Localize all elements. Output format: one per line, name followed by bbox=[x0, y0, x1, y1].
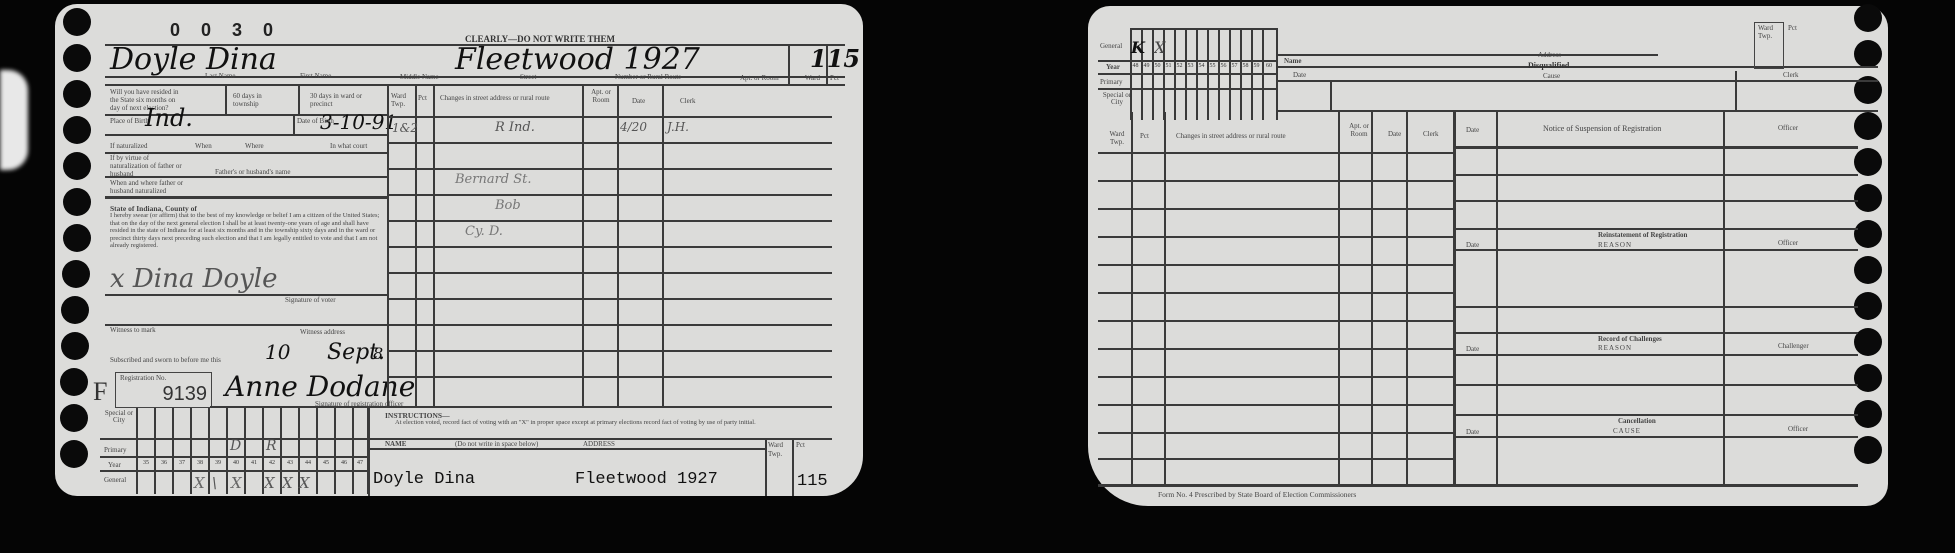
oath-text: I hereby swear (or affirm) that to the b… bbox=[110, 212, 382, 250]
th-ward: Ward Twp. bbox=[391, 92, 415, 108]
th-date: Date bbox=[632, 97, 645, 105]
label-pct: Pct bbox=[830, 74, 839, 82]
primary-mark: R bbox=[266, 438, 277, 454]
year-cell: 53 bbox=[1185, 63, 1196, 69]
label-where: Where bbox=[245, 142, 264, 150]
punch-hole bbox=[1854, 328, 1882, 356]
footer-label-address: ADDRESS bbox=[583, 440, 615, 448]
label-pct: Pct bbox=[1788, 24, 1797, 32]
row-label-primary: Primary bbox=[104, 446, 127, 454]
year-cell: 40 bbox=[228, 460, 244, 466]
row-label-special: Special or City bbox=[104, 410, 134, 424]
punch-hole bbox=[63, 44, 91, 72]
footer-label-ward: Ward Twp. bbox=[768, 441, 790, 459]
th-date: Date bbox=[1388, 130, 1401, 138]
margin-letter: F bbox=[93, 377, 107, 407]
label-middle-name: Middle Name bbox=[400, 73, 439, 81]
year-cell: 45 bbox=[318, 460, 334, 466]
voting-record-grid-back: General Year Primary Special or City 48 … bbox=[1098, 28, 1278, 120]
th-changes: Changes in street address or rural route bbox=[1176, 132, 1286, 140]
voting-record-grid: Special or City Primary Year General 35 … bbox=[100, 408, 367, 494]
label-clerk: Clerk bbox=[1783, 71, 1799, 79]
year-cell: 49 bbox=[1141, 63, 1152, 69]
change-address-2: Bernard St. bbox=[455, 172, 532, 187]
label-witness-address: Witness address bbox=[300, 328, 345, 336]
year-cell: 43 bbox=[282, 460, 298, 466]
year-cell: 47 bbox=[353, 460, 367, 466]
punch-hole bbox=[60, 440, 88, 468]
punch-hole bbox=[62, 260, 90, 288]
th-apt: Apt. or Room bbox=[1346, 122, 1372, 138]
label-when: When bbox=[195, 142, 212, 150]
th-pct: Pct bbox=[418, 94, 427, 102]
th-challenge-reason: REASON bbox=[1598, 344, 1632, 352]
row-label-year: Year bbox=[108, 461, 121, 469]
th-clerk: Clerk bbox=[680, 97, 696, 105]
change-ward: 1&2 bbox=[392, 121, 418, 135]
th-ward: Ward Twp. bbox=[1104, 130, 1130, 146]
registration-card-back: General Year Primary Special or City 48 … bbox=[1088, 6, 1888, 506]
footer-label-name: NAME bbox=[385, 440, 406, 448]
year-cell: 59 bbox=[1251, 63, 1262, 69]
handwritten-street: Fleetwood 1927 bbox=[455, 42, 700, 77]
label-naturalized: If naturalized bbox=[110, 142, 148, 150]
th-suspension-notice: Notice of Suspension of Registration bbox=[1543, 124, 1661, 133]
punch-hole bbox=[63, 224, 91, 252]
reinstatement-title: Reinstatement of Registration bbox=[1598, 231, 1687, 239]
th-reinstatement-date: Date bbox=[1466, 241, 1479, 249]
label-signature-voter: Signature of voter bbox=[285, 296, 336, 304]
year-cell: 41 bbox=[246, 460, 262, 466]
label-number: Number or Rural Route bbox=[615, 73, 681, 81]
label-court: In what court bbox=[330, 142, 367, 150]
voter-signature: x Dina Doyle bbox=[110, 264, 278, 294]
year-cell: 51 bbox=[1163, 63, 1174, 69]
change-clerk: J.H. bbox=[667, 120, 689, 134]
row-label-general: General bbox=[1100, 42, 1122, 50]
punch-hole bbox=[1854, 400, 1882, 428]
typed-name: Doyle Dina bbox=[373, 470, 475, 489]
change-address: R Ind. bbox=[495, 120, 535, 135]
label-last-name: Last Name bbox=[205, 72, 236, 80]
footer-label-pct: Pct bbox=[796, 441, 805, 449]
label-subscribed: Subscribed and sworn to before me this bbox=[110, 356, 221, 364]
year-cell: 56 bbox=[1218, 63, 1229, 69]
cancellation-title: Cancellation bbox=[1618, 417, 1656, 425]
th-cancellation-date: Date bbox=[1466, 428, 1479, 436]
typed-address: Fleetwood 1927 bbox=[575, 470, 718, 489]
label-registration-no: Registration No. bbox=[120, 374, 166, 382]
year-cell: 50 bbox=[1152, 63, 1163, 69]
label-when-where: When and where father or husband natural… bbox=[110, 179, 190, 195]
punch-hole bbox=[63, 188, 91, 216]
label-father-name: Father's or husband's name bbox=[215, 168, 290, 176]
th-reinstatement-reason: REASON bbox=[1598, 241, 1632, 249]
th-suspension-officer: Officer bbox=[1778, 124, 1798, 132]
label-date: Date bbox=[1293, 71, 1306, 79]
label-place-of-birth: Place of Birth bbox=[110, 117, 149, 125]
punch-hole bbox=[60, 368, 88, 396]
change-address-4: Cy. D. bbox=[465, 224, 503, 239]
typed-ward-pct: 115 bbox=[797, 472, 828, 491]
punch-hole bbox=[60, 404, 88, 432]
year-cell: 38 bbox=[192, 460, 208, 466]
year-cell: 52 bbox=[1174, 63, 1185, 69]
form-footer: Form No. 4 Prescribed by State Board of … bbox=[1158, 490, 1356, 499]
year-cell: 46 bbox=[336, 460, 352, 466]
th-challenger: Challenger bbox=[1778, 342, 1809, 350]
challenges-title: Record of Challenges bbox=[1598, 335, 1662, 343]
label-disqualified: Disqualified bbox=[1528, 61, 1569, 70]
question-township: 60 days in township bbox=[233, 92, 288, 108]
label-address: Address bbox=[1538, 51, 1561, 59]
punch-hole bbox=[1854, 112, 1882, 140]
row-label-general: General bbox=[104, 476, 126, 484]
year-cell: 35 bbox=[138, 460, 154, 466]
year-value: 8 bbox=[373, 344, 383, 363]
row-label-primary: Primary bbox=[1100, 78, 1123, 86]
punch-hole bbox=[1854, 148, 1882, 176]
label-street: Street bbox=[520, 73, 536, 81]
punch-hole bbox=[1854, 40, 1882, 68]
place-of-birth-value: Ind. bbox=[145, 104, 193, 132]
registration-card-front: F 0 0 3 0 CLEARLY—DO NOT WRITE THEM Doyl… bbox=[55, 4, 863, 496]
th-clerk: Clerk bbox=[1423, 130, 1439, 138]
th-reinstatement-officer: Officer bbox=[1778, 239, 1798, 247]
row-label-year: Year bbox=[1106, 63, 1120, 71]
change-address-3: Bob bbox=[495, 198, 521, 213]
day-value: 10 bbox=[265, 340, 290, 364]
row-label-special: Special or City bbox=[1102, 92, 1132, 106]
registration-number: 9139 bbox=[163, 383, 208, 406]
year-cell: 60 bbox=[1262, 63, 1276, 69]
instructions-text: At election voted, record fact of voting… bbox=[395, 419, 825, 427]
th-suspension-date: Date bbox=[1466, 126, 1479, 134]
punch-hole bbox=[61, 332, 89, 360]
punch-hole bbox=[1854, 184, 1882, 212]
punch-hole bbox=[1854, 364, 1882, 392]
card-code: 0 0 3 0 bbox=[170, 20, 281, 41]
label-first-name: First Name bbox=[300, 72, 331, 80]
punch-hole bbox=[1854, 256, 1882, 284]
year-cell: 37 bbox=[174, 460, 190, 466]
label-ward: Ward bbox=[805, 74, 820, 82]
th-apt: Apt. or Room bbox=[587, 88, 615, 104]
year-cell: 42 bbox=[264, 460, 280, 466]
year-cell: 58 bbox=[1240, 63, 1251, 69]
year-cell: 54 bbox=[1196, 63, 1207, 69]
punch-hole bbox=[1854, 4, 1882, 32]
label-ward: Ward Twp. bbox=[1758, 24, 1780, 40]
scan-artifact bbox=[0, 70, 28, 170]
year-cell: 48 bbox=[1130, 63, 1141, 69]
punch-hole bbox=[63, 8, 91, 36]
label-name: Name bbox=[1284, 57, 1302, 65]
punch-hole bbox=[1854, 220, 1882, 248]
year-cell: 57 bbox=[1229, 63, 1240, 69]
punch-hole bbox=[61, 296, 89, 324]
punch-hole bbox=[63, 116, 91, 144]
handwritten-name: Doyle Dina bbox=[110, 42, 277, 77]
year-cell: 39 bbox=[210, 460, 226, 466]
label-witness: Witness to mark bbox=[110, 326, 156, 334]
punch-hole bbox=[63, 152, 91, 180]
primary-mark: D bbox=[230, 438, 241, 454]
th-cancellation-cause: CAUSE bbox=[1613, 427, 1641, 435]
handwritten-ward-pct: 115 bbox=[810, 44, 860, 73]
label-apt: Apt. or Room bbox=[740, 74, 779, 82]
question-precinct: 30 days in ward or precinct bbox=[310, 92, 370, 108]
change-date: 4/20 bbox=[620, 120, 647, 134]
th-changes: Changes in street address or rural route bbox=[440, 94, 550, 102]
footer-label-note: (Do not write in space below) bbox=[455, 440, 538, 448]
year-cell: 36 bbox=[156, 460, 172, 466]
th-cancellation-officer: Officer bbox=[1788, 425, 1808, 433]
th-challenge-date: Date bbox=[1466, 345, 1479, 353]
punch-hole bbox=[1854, 436, 1882, 464]
th-pct: Pct bbox=[1140, 132, 1149, 140]
registration-number-box: Registration No. 9139 bbox=[115, 372, 212, 408]
label-cause: Cause bbox=[1543, 72, 1560, 80]
date-of-birth-value: 3-10-91 bbox=[320, 110, 397, 134]
punch-hole bbox=[1854, 292, 1882, 320]
year-cell: 55 bbox=[1207, 63, 1218, 69]
year-cell: 44 bbox=[300, 460, 316, 466]
label-father-naturalization: If by virtue of naturalization of father… bbox=[110, 154, 185, 178]
punch-hole bbox=[63, 80, 91, 108]
